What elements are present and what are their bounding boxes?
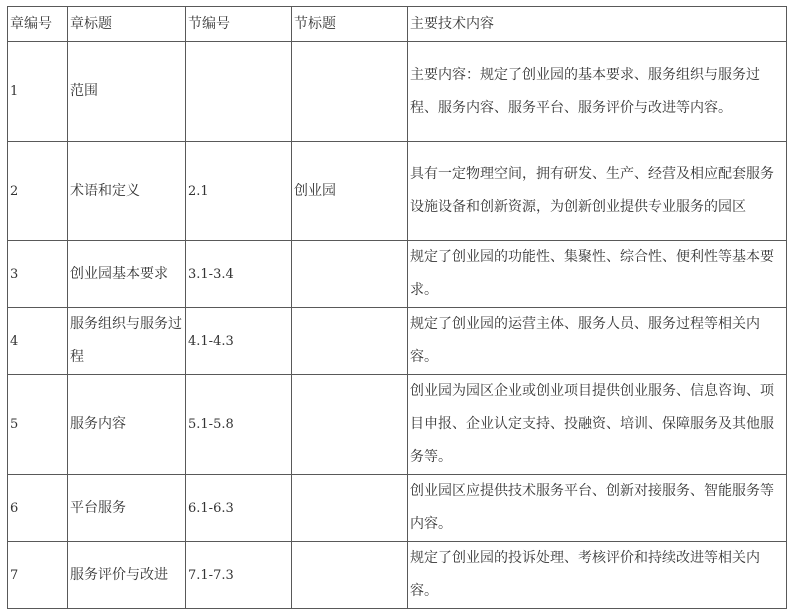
header-section-no: 节编号 bbox=[186, 7, 292, 42]
section-no: 7.1-7.3 bbox=[186, 542, 292, 609]
table-row: 5 服务内容 5.1-5.8 创业园为园区企业或创业项目提供创业服务、信息咨询、… bbox=[8, 375, 787, 475]
content: 创业园为园区企业或创业项目提供创业服务、信息咨询、项目申报、企业认定支持、投融资… bbox=[408, 375, 787, 475]
chapter-no: 3 bbox=[8, 241, 68, 308]
chapter-no: 4 bbox=[8, 308, 68, 375]
table-row: 7 服务评价与改进 7.1-7.3 规定了创业园的投诉处理、考核评价和持续改进等… bbox=[8, 542, 787, 609]
section-no bbox=[186, 42, 292, 142]
chapter-no: 5 bbox=[8, 375, 68, 475]
section-no: 4.1-4.3 bbox=[186, 308, 292, 375]
table-row: 1 范围 主要内容：规定了创业园的基本要求、服务组织与服务过程、服务内容、服务平… bbox=[8, 42, 787, 142]
chapter-title: 创业园基本要求 bbox=[68, 241, 186, 308]
section-title bbox=[292, 375, 408, 475]
section-title bbox=[292, 241, 408, 308]
chapter-no: 2 bbox=[8, 142, 68, 241]
chapter-title: 术语和定义 bbox=[68, 142, 186, 241]
section-title bbox=[292, 475, 408, 542]
content: 创业园区应提供技术服务平台、创新对接服务、智能服务等内容。 bbox=[408, 475, 787, 542]
chapter-no: 6 bbox=[8, 475, 68, 542]
header-chapter-no: 章编号 bbox=[8, 7, 68, 42]
chapter-no: 1 bbox=[8, 42, 68, 142]
section-title bbox=[292, 542, 408, 609]
chapter-no: 7 bbox=[8, 542, 68, 609]
chapter-title: 范围 bbox=[68, 42, 186, 142]
section-title bbox=[292, 42, 408, 142]
section-title: 创业园 bbox=[292, 142, 408, 241]
table-row: 2 术语和定义 2.1 创业园 具有一定物理空间，拥有研发、生产、经营及相应配套… bbox=[8, 142, 787, 241]
section-no: 6.1-6.3 bbox=[186, 475, 292, 542]
content: 具有一定物理空间，拥有研发、生产、经营及相应配套服务设施设备和创新资源，为创新创… bbox=[408, 142, 787, 241]
section-no: 3.1-3.4 bbox=[186, 241, 292, 308]
table-header-row: 章编号 章标题 节编号 节标题 主要技术内容 bbox=[8, 7, 787, 42]
chapter-title: 平台服务 bbox=[68, 475, 186, 542]
content: 主要内容：规定了创业园的基本要求、服务组织与服务过程、服务内容、服务平台、服务评… bbox=[408, 42, 787, 142]
table-row: 4 服务组织与服务过程 4.1-4.3 规定了创业园的运营主体、服务人员、服务过… bbox=[8, 308, 787, 375]
header-section-title: 节标题 bbox=[292, 7, 408, 42]
table-row: 6 平台服务 6.1-6.3 创业园区应提供技术服务平台、创新对接服务、智能服务… bbox=[8, 475, 787, 542]
content: 规定了创业园的运营主体、服务人员、服务过程等相关内容。 bbox=[408, 308, 787, 375]
section-title bbox=[292, 308, 408, 375]
table-row: 3 创业园基本要求 3.1-3.4 规定了创业园的功能性、集聚性、综合性、便利性… bbox=[8, 241, 787, 308]
chapter-title: 服务内容 bbox=[68, 375, 186, 475]
section-no: 5.1-5.8 bbox=[186, 375, 292, 475]
chapter-title: 服务评价与改进 bbox=[68, 542, 186, 609]
standard-structure-table: 章编号 章标题 节编号 节标题 主要技术内容 1 范围 主要内容：规定了创业园的… bbox=[7, 6, 787, 609]
header-content: 主要技术内容 bbox=[408, 7, 787, 42]
content: 规定了创业园的功能性、集聚性、综合性、便利性等基本要求。 bbox=[408, 241, 787, 308]
section-no: 2.1 bbox=[186, 142, 292, 241]
header-chapter-title: 章标题 bbox=[68, 7, 186, 42]
chapter-title: 服务组织与服务过程 bbox=[68, 308, 186, 375]
content: 规定了创业园的投诉处理、考核评价和持续改进等相关内容。 bbox=[408, 542, 787, 609]
